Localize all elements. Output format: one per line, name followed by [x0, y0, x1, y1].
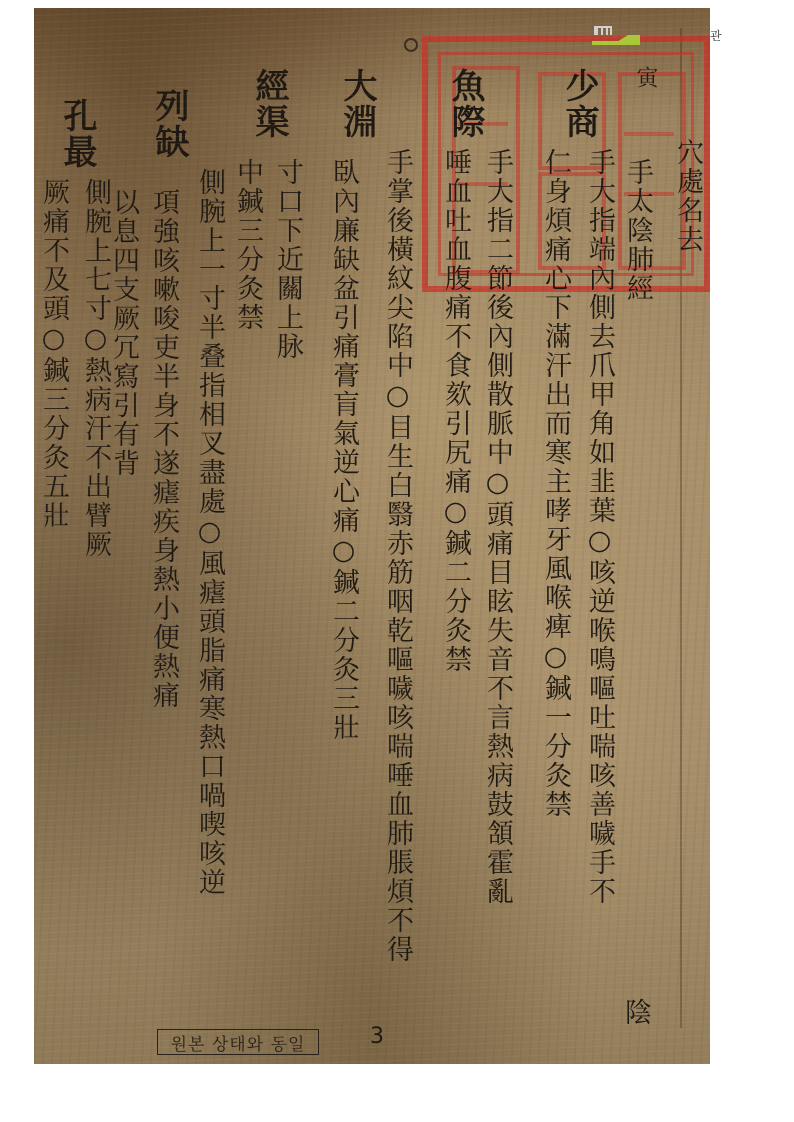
- point-heading-dayuan: 大淵: [340, 68, 374, 140]
- column-text: 仁身煩痛心下滿汗出而寒主哮牙風喉痺○鍼一分灸禁: [542, 148, 569, 1048]
- circle-mark-icon: [404, 38, 418, 52]
- column-text: 厥痛不及頭○鍼三分灸五壯: [40, 178, 67, 778]
- column-meridian: 手太陰肺經: [624, 158, 651, 303]
- column-text: 手大指二節後內側散脈中○頭痛目眩失音不言熱病鼓頷霍亂: [484, 148, 511, 1048]
- point-heading-shaoshang: 少商: [562, 68, 596, 140]
- column-text: 側腕上七寸○熱病汗不出臂厥: [82, 178, 109, 778]
- library-building-icon: [592, 25, 640, 47]
- column-text: 手掌後橫紋尖陷中○目生白翳赤筋咽乾嘔噦咳喘唾血肺脹煩不得: [384, 148, 411, 1048]
- column-text: 側腕上一寸半叠指相叉盡處○風瘧頭脂痛寒熱口喎喫咳逆: [196, 168, 223, 1048]
- point-heading-yuji: 魚際: [448, 68, 482, 140]
- column-text: 臥內廉缺盆引痛膏肓氣逆心痛○鍼二分灸三壯: [330, 158, 357, 1058]
- library-watermark-logo: 관: [592, 24, 732, 48]
- point-heading-lieque: 列缺: [152, 88, 186, 160]
- original-condition-stamp: 원본 상태와 동일: [157, 1029, 319, 1055]
- column-text: 中鍼三分灸禁: [234, 158, 261, 332]
- page-number: 3: [370, 1024, 384, 1049]
- point-heading-kongzui: 孔最: [60, 98, 94, 170]
- point-heading-jingqu: 經渠: [252, 68, 286, 140]
- margin-note: 陰: [622, 998, 649, 1027]
- column-text: 以息四支厥冗寫引有背: [110, 188, 137, 888]
- column-note: 寅: [634, 66, 656, 90]
- logo-text: 관: [710, 30, 722, 42]
- column-title: 穴處名去: [674, 138, 701, 254]
- column-text: 項強咳嗽唆吏半身不遂瘧疾身熱小便熱痛: [150, 188, 177, 1048]
- column-text: 寸口下近關上脉: [274, 158, 301, 361]
- column-text: 唾血吐血腹痛不食欬引尻痛○鍼二分灸禁: [442, 148, 469, 1048]
- manuscript-scan: 穴處名去 手太陰肺經 寅 少商 手大指端內側去爪甲角如韭葉○咳逆喉鳴嘔吐喘咳善噦…: [34, 8, 710, 1064]
- column-text: 手大指端內側去爪甲角如韭葉○咳逆喉鳴嘔吐喘咳善噦手不: [586, 148, 613, 1064]
